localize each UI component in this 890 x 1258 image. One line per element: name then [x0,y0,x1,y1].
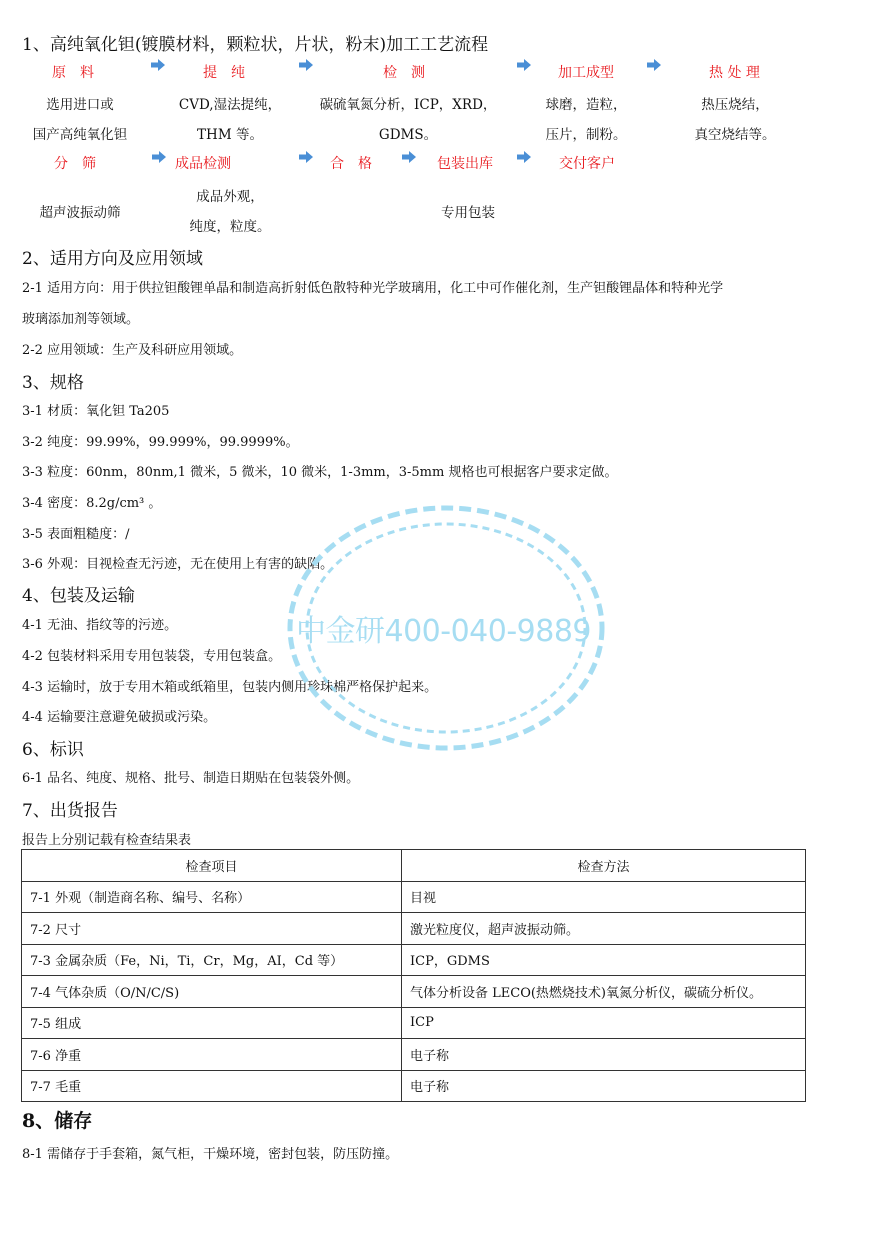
flow-desc: 真空烧结等。 [680,123,790,143]
flow-step-packing-shipping: 包装出库 [437,153,493,173]
section3-item: 3-5 表面粗糙度：/ [22,523,129,542]
flow-desc: 选用进口或 [20,93,140,113]
section3-item: 3-1 材质：氧化钽 Ta205 [22,400,169,419]
flow-step-raw-material: 原 料 [52,62,104,82]
section7-intro: 报告上分别记载有检查结果表 [22,829,191,848]
section6-item: 6-1 品名、纯度、规格、批号、制造日期贴在包装袋外侧。 [22,767,359,786]
watermark-text: 中金研400-040-9889 [296,606,606,650]
table-cell: 7-3 金属杂质（Fe，Ni，Ti，Cr，Mg，AI，Cd 等） [22,944,402,976]
table-cell: 7-6 净重 [22,1039,402,1071]
flow-desc: 热压烧结， [680,93,790,113]
section4-title: 4、包装及运输 [22,581,135,606]
section1-title: 1、高纯氧化钽(镀膜材料，颗粒状，片状，粉末)加工工艺流程 [22,30,488,55]
table-row: 7-7 毛重 电子称 [22,1070,806,1102]
flow-desc: 球磨，造粒， [536,93,636,113]
section2-title: 2、适用方向及应用领域 [22,244,203,269]
right-arrow-icon [151,59,165,71]
flow-desc: 超声波振动筛 [20,201,140,221]
inspection-table: 检查项目 检查方法 7-1 外观（制造商名称、编号、名称） 目视 7-2 尺寸 … [21,849,806,1102]
section7-title: 7、出货报告 [22,796,118,821]
right-arrow-icon [152,151,166,163]
flow-desc: 纯度，粒度。 [170,215,290,235]
right-arrow-icon [402,151,416,163]
right-arrow-icon [299,59,313,71]
flow-step-forming: 加工成型 [558,62,614,82]
table-row: 7-6 净重 电子称 [22,1039,806,1071]
table-cell: 气体分析设备 LECO(热燃烧技术)氧氮分析仪，碳硫分析仪。 [402,976,806,1008]
section2-item: 2-2 应用领域：生产及科研应用领域。 [22,339,242,358]
flow-desc: 成品外观， [170,185,290,205]
flow-desc: 专用包装 [418,201,518,221]
table-row: 7-1 外观（制造商名称、编号、名称） 目视 [22,881,806,913]
flow-desc: THM 等。 [170,123,290,143]
table-cell: 目视 [402,881,806,913]
section3-title: 3、规格 [22,368,84,393]
section2-item: 玻璃添加剂等领域。 [22,308,139,327]
flow-step-sieving: 分 筛 [54,153,96,173]
flow-step-delivery: 交付客户 [559,153,615,173]
table-cell: 7-2 尺寸 [22,913,402,945]
table-cell: 7-7 毛重 [22,1070,402,1102]
flow-step-heat-treatment: 热 处 理 [709,62,760,82]
table-header-cell: 检查项目 [22,850,402,882]
table-row: 7-2 尺寸 激光粒度仪，超声波振动筛。 [22,913,806,945]
table-cell: ICP [402,1007,806,1039]
section3-item: 3-4 密度：8.2g/cm³ 。 [22,492,161,511]
section4-item: 4-4 运输要注意避免破损或污染。 [22,706,216,725]
right-arrow-icon [299,151,313,163]
table-row: 7-3 金属杂质（Fe，Ni，Ti，Cr，Mg，AI，Cd 等） ICP，GDM… [22,944,806,976]
section6-title: 6、标识 [22,735,84,760]
flow-desc: 碳硫氧氮分析，ICP，XRD， [318,93,498,113]
right-arrow-icon [517,59,531,71]
section2-item: 2-1 适用方向：用于供拉钽酸锂单晶和制造高折射低色散特种光学玻璃用，化工中可作… [22,277,723,296]
table-cell: 7-5 组成 [22,1007,402,1039]
table-header-cell: 检查方法 [402,850,806,882]
section3-item: 3-6 外观：目视检查无污迹，无在使用上有害的缺陷。 [22,553,333,572]
right-arrow-icon [517,151,531,163]
table-header-row: 检查项目 检查方法 [22,850,806,882]
right-arrow-icon [647,59,661,71]
section4-item: 4-3 运输时，放于专用木箱或纸箱里，包装内侧用珍珠棉严格保护起来。 [22,676,437,695]
section3-item: 3-2 纯度：99.99%，99.999%，99.9999%。 [22,431,299,450]
table-cell: 电子称 [402,1070,806,1102]
flow-desc: 国产高纯氧化钽 [20,123,140,143]
flow-desc: 压片，制粉。 [536,123,636,143]
table-row: 7-5 组成 ICP [22,1007,806,1039]
section8-item: 8-1 需储存于手套箱，氮气柜，干燥环境，密封包装，防压防撞。 [22,1143,398,1162]
table-cell: ICP，GDMS [402,944,806,976]
table-cell: 7-4 气体杂质（O/N/C/S) [22,976,402,1008]
table-row: 7-4 气体杂质（O/N/C/S) 气体分析设备 LECO(热燃烧技术)氧氮分析… [22,976,806,1008]
flow-step-testing: 检 测 [383,62,425,82]
flow-desc: CVD,湿法提纯， [170,93,290,113]
flow-step-purification: 提 纯 [203,62,245,82]
flow-desc: GDMS。 [318,123,498,143]
section4-item: 4-2 包装材料采用专用包装袋，专用包装盒。 [22,645,281,664]
section8-title: 8、储存 [22,1106,92,1133]
flow-step-final-inspection: 成品检测 [175,153,231,173]
flow-step-qualified: 合 格 [330,153,372,173]
table-cell: 电子称 [402,1039,806,1071]
table-cell: 激光粒度仪，超声波振动筛。 [402,913,806,945]
section3-item: 3-3 粒度：60nm，80nm,1 微米，5 微米，10 微米，1-3mm，3… [22,461,617,480]
watermark-ellipse [285,503,607,753]
table-cell: 7-1 外观（制造商名称、编号、名称） [22,881,402,913]
section4-item: 4-1 无油、指纹等的污迹。 [22,614,177,633]
